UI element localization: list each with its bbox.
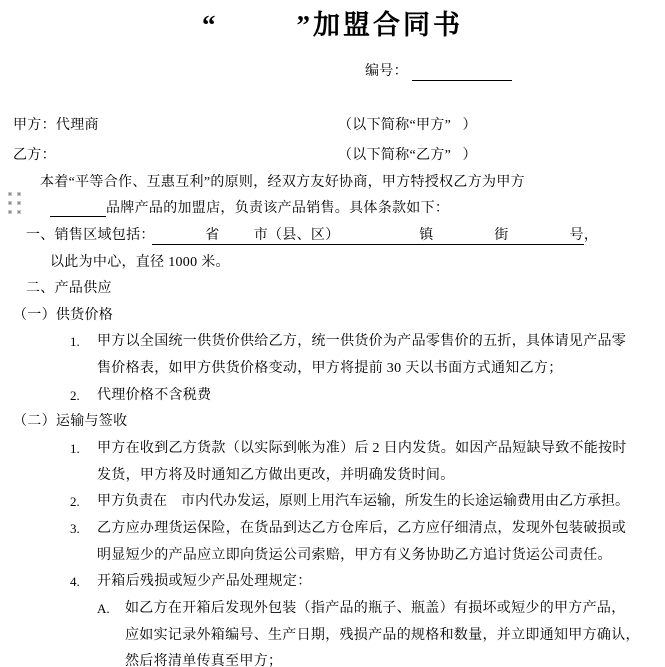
intro-line-1: 本着“平等合作、互惠互利”的原则，经双方友好协商，甲方特授权乙方为甲方 (0, 173, 665, 195)
serial-number-label: 编号： (365, 62, 408, 82)
sub2-item4-line1: 4. 开箱后残损或短少产品处理规定： (0, 572, 665, 594)
party-b-note: （以下简称“乙方” ） (338, 146, 477, 166)
list-number: 2. (70, 492, 80, 512)
sub2-item1-line1: 1. 甲方在收到乙方货款（以实际到帐为准）后 2 日内发货。如因产品短缺导致不能… (0, 439, 665, 461)
party-b-line: 乙方： （以下简称“乙方” ） (0, 146, 665, 168)
clause1-prefix: 一、销售区域包括： (26, 226, 155, 246)
party-a-label: 甲方：代理商 (13, 116, 99, 136)
party-a-note: （以下简称“甲方” ） (338, 116, 477, 136)
clause1-line-2: 以此为中心，直径 1000 米。 (0, 253, 665, 275)
drag-handle-icon[interactable] (8, 192, 21, 214)
sub1-heading: （一）供货价格 (0, 306, 665, 328)
party-b-label: 乙方： (13, 146, 56, 166)
list-number: 2. (70, 386, 80, 406)
list-number: 1. (70, 332, 80, 352)
sub2-itemA-line1: A. 如乙方在开箱后发现外包装（指产品的瓶子、瓶盖）有损坏或短少的甲方产品， (0, 599, 665, 621)
serial-number-blank-field (412, 65, 512, 85)
clause1-region-line: 一、销售区域包括： 省 市（县、区） 镇 街 号， (0, 226, 665, 248)
sub2-heading: （二）运输与签收 (0, 412, 665, 434)
list-number: 3. (70, 519, 80, 539)
intro-line-2: 品牌产品的加盟店，负责该产品销售。具体条款如下： (0, 199, 665, 221)
list-number: 1. (70, 439, 80, 459)
brand-blank-field (50, 201, 106, 221)
clause2-heading: 二、产品供应 (0, 279, 665, 301)
sub2-item3-line1: 3. 乙方应办理货运保险，在货品到达乙方仓库后，乙方应仔细清点，发现外包装破损或 (0, 519, 665, 541)
list-number: 4. (70, 572, 80, 592)
list-letter: A. (97, 599, 110, 619)
party-a-line: 甲方：代理商 （以下简称“甲方” ） (0, 116, 665, 138)
sub2-item2-line1: 2. 甲方负责在 市内代办发运，原则上用汽车运输，所发生的长途运输费用由乙方承担… (0, 492, 665, 514)
sub1-item1-line2: 售价格表，如甲方供货价格变动，甲方将提前 30 天以书面方式通知乙方； (0, 359, 665, 381)
sub1-item2-line1: 2. 代理价格不含税费 (0, 386, 665, 408)
document-title: “ ”加盟合同书 (0, 6, 665, 44)
contract-document-page: “ ”加盟合同书 编号： 甲方：代理商 （以下简称“甲方” ） 乙方： （以下简… (0, 0, 665, 667)
serial-number-line: 编号： (0, 62, 665, 84)
sub2-itemA-line3: 然后将清单传真至甲方； (0, 652, 665, 667)
region-underlined-blanks: 省 市（县、区） 镇 街 号 (152, 228, 584, 245)
sub2-item3-line2: 明显短少的产品应立即向货运公司索赔，甲方有义务协助乙方追讨货运公司责任。 (0, 546, 665, 568)
sub1-item1-line1: 1. 甲方以全国统一供货价供给乙方，统一供货价为产品零售价的五折，具体请见产品零 (0, 332, 665, 354)
sub2-item1-line2: 发货，甲方将及时通知乙方做出更改，并明确发货时间。 (0, 466, 665, 488)
sub2-itemA-line2: 应如实记录外箱编号、生产日期，残损产品的规格和数量，并立即通知甲方确认， (0, 626, 665, 648)
region-comma: ， (584, 228, 598, 243)
